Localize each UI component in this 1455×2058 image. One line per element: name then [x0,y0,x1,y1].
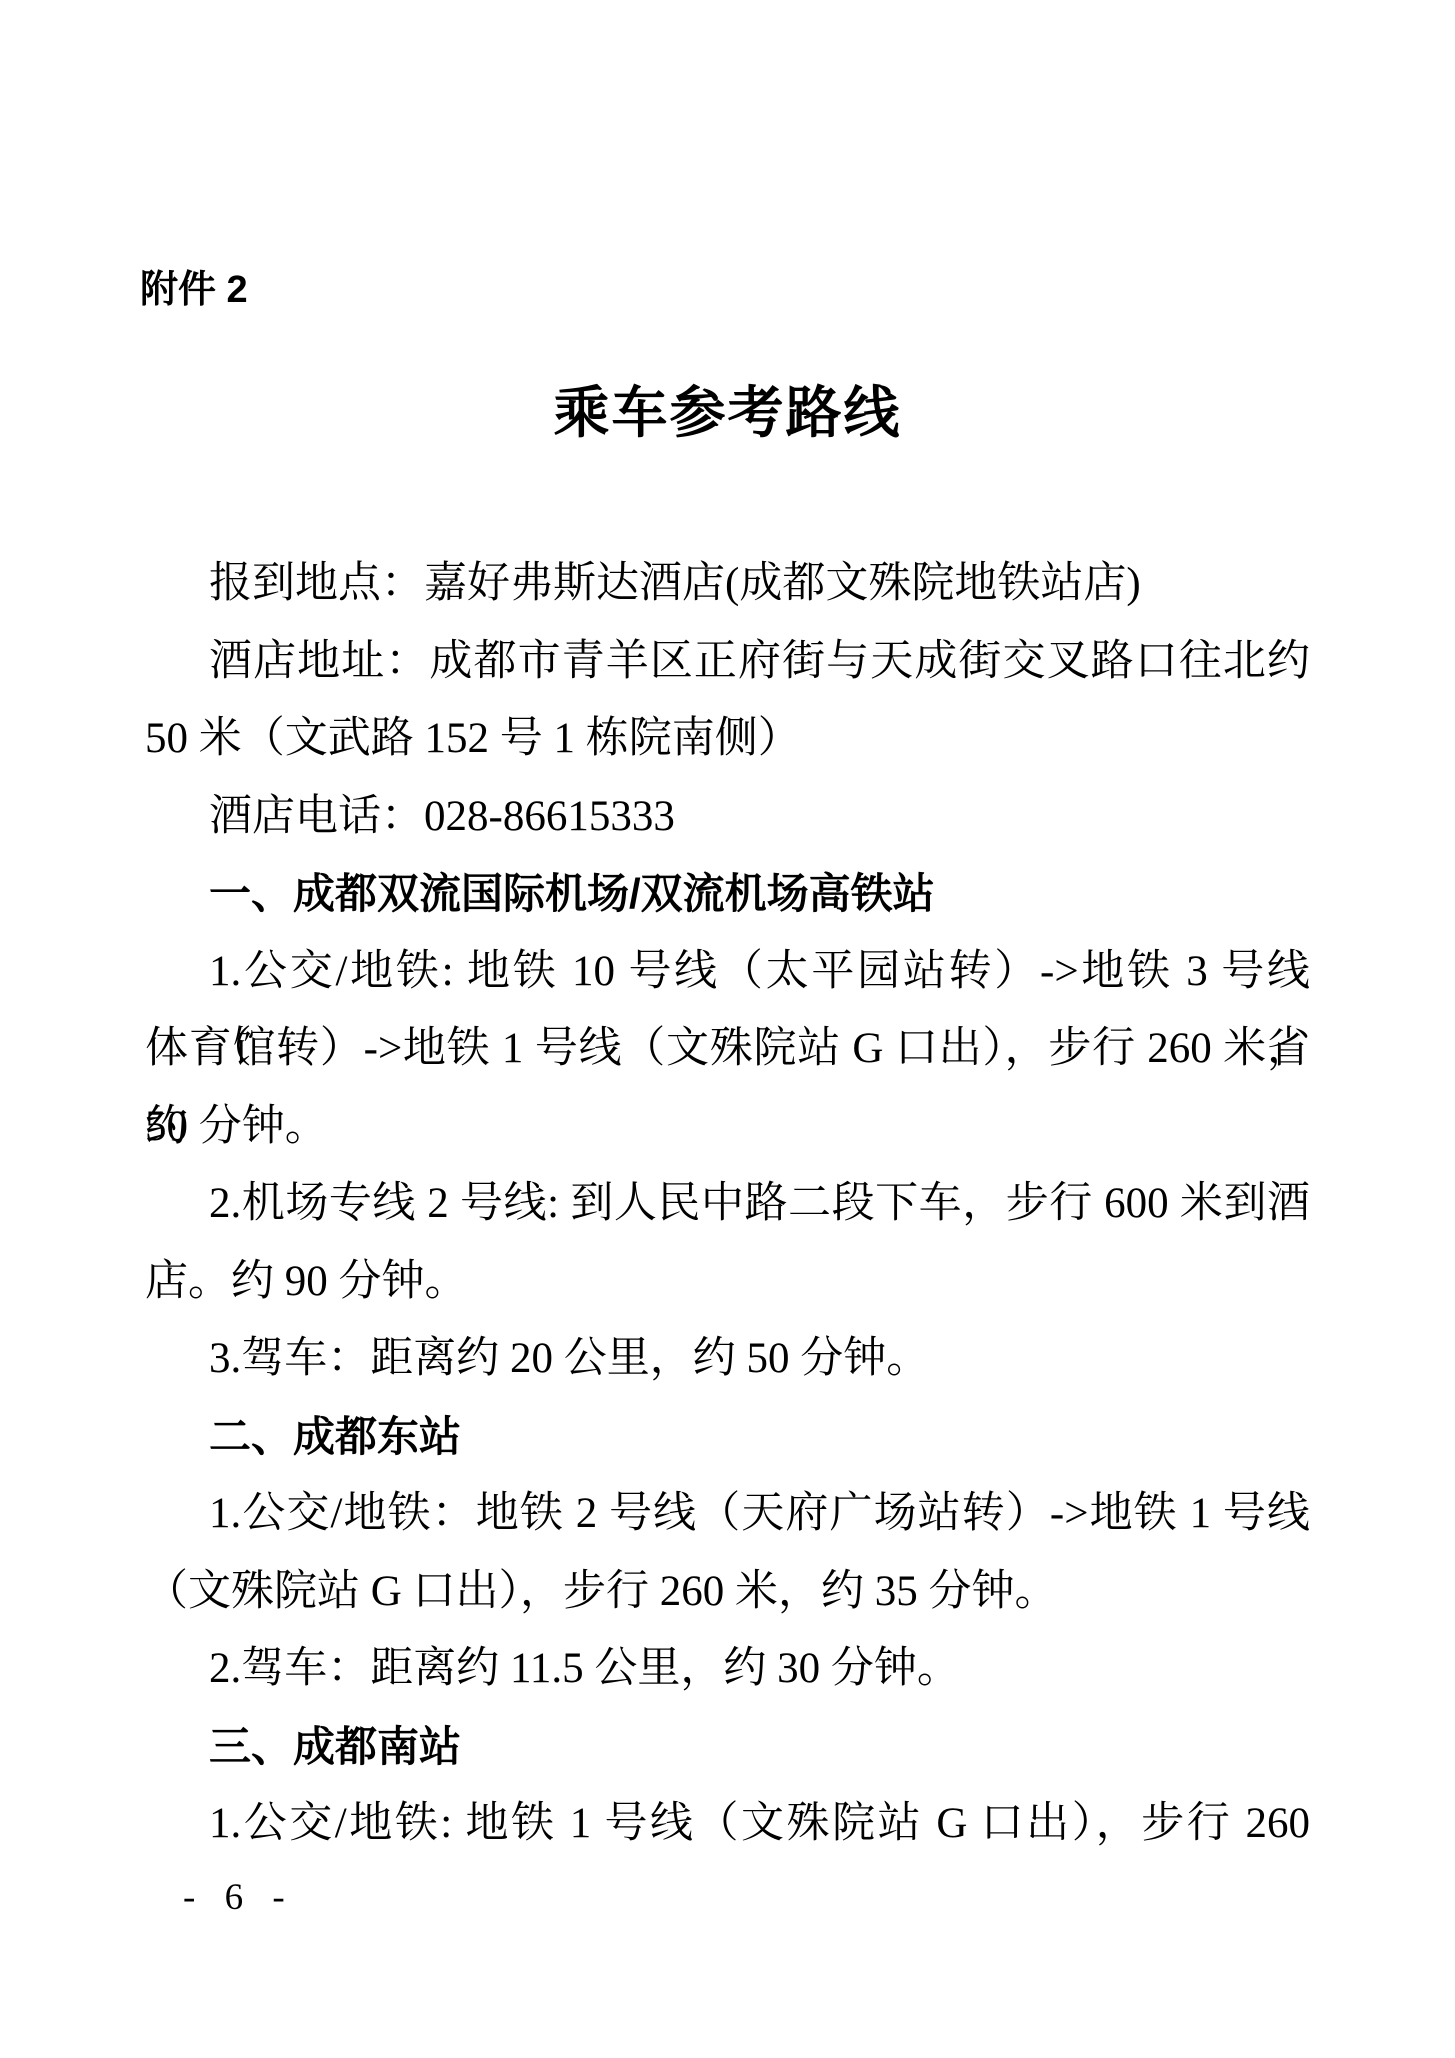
section-heading: 二、成都东站 [145,1398,1310,1476]
text-line: 50 分钟。 [145,1088,1310,1166]
text-line: 体育馆转）->地铁 1 号线（文殊院站 G 口出），步行 260 米，约 [145,1010,1310,1088]
text-line: 1.公交/地铁：地铁 2 号线（天府广场站转）->地铁 1 号线 [145,1475,1310,1553]
document-title: 乘车参考路线 [0,382,1455,446]
document-body: 报到地点：嘉好弗斯达酒店(成都文殊院地铁站店)酒店地址：成都市青羊区正府街与天成… [145,545,1310,1863]
text-line: 2.机场专线 2 号线: 到人民中路二段下车，步行 600 米到酒 [145,1165,1310,1243]
text-line: 报到地点：嘉好弗斯达酒店(成都文殊院地铁站店) [145,545,1310,623]
page-number: - 6 - [183,1876,295,1920]
text-line: 2.驾车：距离约 11.5 公里，约 30 分钟。 [145,1630,1310,1708]
text-line: 酒店电话：028-86615333 [145,778,1310,856]
text-line: 1.公交/地铁: 地铁 1 号线（文殊院站 G 口出），步行 260 [145,1785,1310,1863]
section-heading: 三、成都南站 [145,1708,1310,1786]
text-line: 店。约 90 分钟。 [145,1243,1310,1321]
text-line: （文殊院站 G 口出），步行 260 米，约 35 分钟。 [145,1553,1310,1631]
text-line: 3.驾车：距离约 20 公里，约 50 分钟。 [145,1320,1310,1398]
document-page: 附件 2 乘车参考路线 报到地点：嘉好弗斯达酒店(成都文殊院地铁站店)酒店地址：… [0,0,1455,2058]
text-line: 1.公交/地铁: 地铁 10 号线（太平园站转）->地铁 3 号线（省 [145,933,1310,1011]
attachment-label: 附件 2 [140,268,248,312]
text-line: 酒店地址：成都市青羊区正府街与天成街交叉路口往北约 [145,623,1310,701]
section-heading: 一、成都双流国际机场/双流机场高铁站 [145,855,1310,933]
text-line: 50 米（文武路 152 号 1 栋院南侧） [145,700,1310,778]
